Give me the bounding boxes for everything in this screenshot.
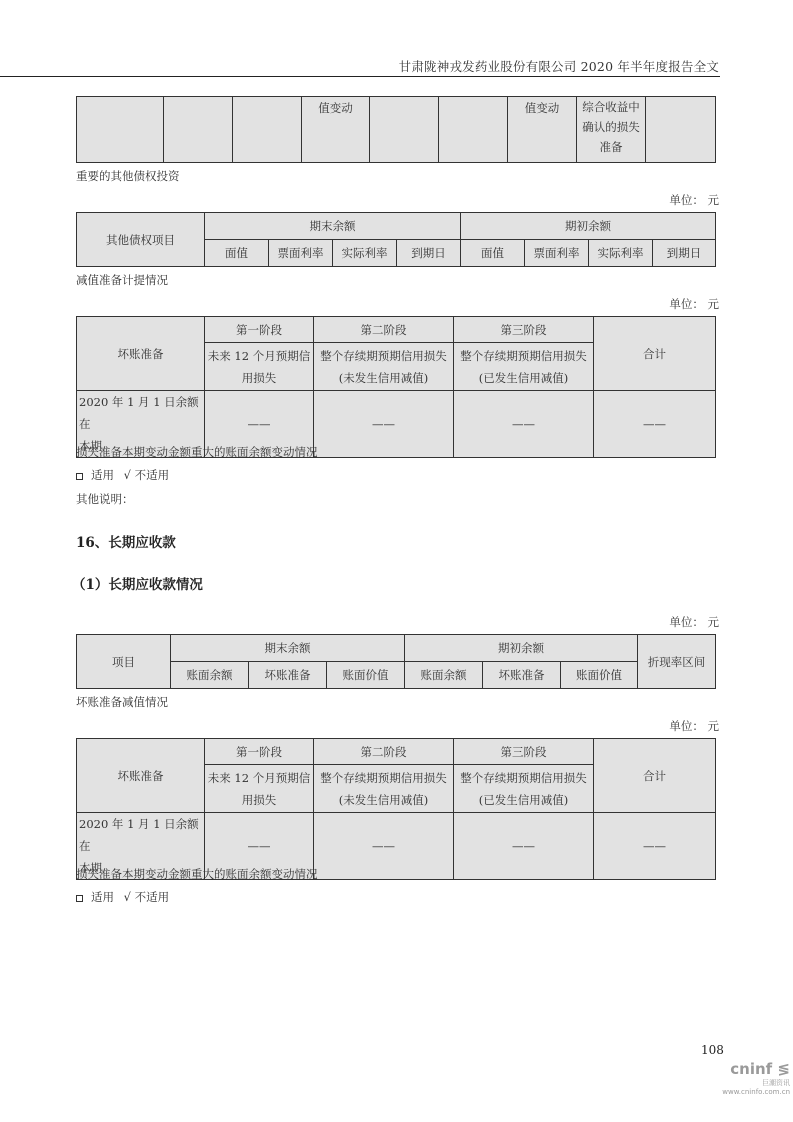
- row-header: 坏账准备: [77, 317, 205, 391]
- desc-line: 整个存续期预期信用损失: [316, 767, 451, 789]
- desc-line: (未发生信用减值): [316, 789, 451, 811]
- subcol-header: 账面余额: [171, 662, 249, 689]
- subcol-header: 到期日: [653, 240, 716, 267]
- value-cell: ——: [314, 391, 454, 458]
- note-text: 损失准备本期变动金额重大的账面余额变动情况: [76, 444, 318, 460]
- stage-header: 第二阶段: [314, 739, 454, 765]
- section-title: 减值准备计提情况: [76, 272, 168, 288]
- desc-line: 整个存续期预期信用损失: [316, 345, 451, 367]
- cell-value-change: 值变动: [302, 97, 370, 163]
- not-applicable-label: 不适用: [135, 890, 170, 904]
- logo-swirl-icon: ≶: [777, 1060, 790, 1078]
- cninfo-logo: cninf ≶ 巨潮资讯 www.cninfo.com.cn: [720, 1060, 790, 1110]
- unit-label: 单位： 元: [669, 296, 719, 312]
- group-header: 期末余额: [205, 213, 461, 240]
- header-rule: [0, 76, 720, 77]
- cell: [439, 97, 508, 163]
- note-text: 损失准备本期变动金额重大的账面余额变动情况: [76, 866, 318, 882]
- row-header: 其他债权项目: [77, 213, 205, 267]
- stage-desc: 整个存续期预期信用损失 (未发生信用减值): [314, 765, 454, 813]
- document-header-title: 甘肃陇神戎发药业股份有限公司 2020 年半年度报告全文: [399, 57, 719, 75]
- unit-label: 单位： 元: [669, 718, 719, 734]
- stage-desc: 整个存续期预期信用损失 (未发生信用减值): [314, 343, 454, 391]
- cell-line: 准备: [579, 137, 643, 157]
- stage-desc: 未来 12 个月预期信 用损失: [205, 343, 314, 391]
- stage-desc: 未来 12 个月预期信 用损失: [205, 765, 314, 813]
- cell-line: 确认的损失: [579, 117, 643, 137]
- long-term-receivables-table: 项目 期末余额 期初余额 折现率区间 账面余额 坏账准备 账面价值 账面余额 坏…: [76, 634, 716, 689]
- logo-subtitle: 巨潮资讯: [720, 1078, 790, 1088]
- section-title: 重要的其他债权投资: [76, 168, 180, 184]
- unit-label: 单位： 元: [669, 192, 719, 208]
- check-icon: √: [124, 468, 131, 482]
- checkbox-icon: [76, 895, 83, 902]
- cell-value-change: 值变动: [508, 97, 577, 163]
- subcol-header: 票面利率: [525, 240, 589, 267]
- desc-line: 未来 12 个月预期信: [207, 767, 311, 789]
- value-cell: ——: [454, 391, 594, 458]
- label-line: 2020 年 1 月 1 日余额在: [79, 391, 202, 435]
- stage-desc: 整个存续期预期信用损失 (已发生信用减值): [454, 765, 594, 813]
- section-title: 坏账准备减值情况: [76, 694, 168, 710]
- stage-header: 第一阶段: [205, 317, 314, 343]
- applicable-label: 适用: [91, 890, 114, 904]
- desc-line: 用损失: [207, 789, 311, 811]
- not-applicable-label: 不适用: [135, 468, 170, 482]
- total-header: 合计: [594, 317, 716, 391]
- group-header: 期初余额: [405, 635, 638, 662]
- applicability-line: 适用 √ 不适用: [76, 467, 169, 483]
- desc-line: 整个存续期预期信用损失: [456, 345, 591, 367]
- total-header: 合计: [594, 739, 716, 813]
- impairment-table-1: 坏账准备 第一阶段 第二阶段 第三阶段 合计 未来 12 个月预期信 用损失 整…: [76, 316, 716, 458]
- other-debt-table: 其他债权项目 期末余额 期初余额 面值 票面利率 实际利率 到期日 面值 票面利…: [76, 212, 716, 267]
- logo-url: www.cninfo.com.cn: [720, 1088, 790, 1096]
- desc-line: (已发生信用减值): [456, 367, 591, 389]
- unit-label: 单位： 元: [669, 614, 719, 630]
- cell: [77, 97, 164, 163]
- cell-line: 综合收益中: [579, 97, 643, 117]
- cell: [164, 97, 233, 163]
- page-number: 108: [701, 1043, 724, 1057]
- row-header: 项目: [77, 635, 171, 689]
- applicability-line: 适用 √ 不适用: [76, 889, 169, 905]
- label-line: 2020 年 1 月 1 日余额在: [79, 813, 202, 857]
- group-header: 期末余额: [171, 635, 405, 662]
- discount-rate-header: 折现率区间: [638, 635, 716, 689]
- subcol-header: 账面价值: [561, 662, 638, 689]
- section-heading: 16、长期应收款: [76, 531, 176, 551]
- value-cell: ——: [594, 813, 716, 880]
- subcol-header: 实际利率: [333, 240, 397, 267]
- desc-line: 用损失: [207, 367, 311, 389]
- subcol-header: 面值: [205, 240, 269, 267]
- value-cell: ——: [594, 391, 716, 458]
- subsection-heading: （1）长期应收款情况: [72, 573, 203, 593]
- stage-desc: 整个存续期预期信用损失 (已发生信用减值): [454, 343, 594, 391]
- value-cell: ——: [454, 813, 594, 880]
- group-header: 期初余额: [461, 213, 716, 240]
- subcol-header: 实际利率: [589, 240, 653, 267]
- top-partial-table: 值变动 值变动 综合收益中 确认的损失 准备: [76, 96, 716, 163]
- subcol-header: 票面利率: [269, 240, 333, 267]
- stage-header: 第一阶段: [205, 739, 314, 765]
- subcol-header: 坏账准备: [249, 662, 327, 689]
- cell-loss-provision: 综合收益中 确认的损失 准备: [577, 97, 646, 163]
- subcol-header: 面值: [461, 240, 525, 267]
- row-header: 坏账准备: [77, 739, 205, 813]
- applicable-label: 适用: [91, 468, 114, 482]
- stage-header: 第三阶段: [454, 317, 594, 343]
- desc-line: 整个存续期预期信用损失: [456, 767, 591, 789]
- checkbox-icon: [76, 473, 83, 480]
- check-icon: √: [124, 890, 131, 904]
- desc-line: (未发生信用减值): [316, 367, 451, 389]
- subcol-header: 账面余额: [405, 662, 483, 689]
- stage-header: 第三阶段: [454, 739, 594, 765]
- subcol-header: 到期日: [397, 240, 461, 267]
- cell: [646, 97, 716, 163]
- stage-header: 第二阶段: [314, 317, 454, 343]
- other-notes-label: 其他说明：: [76, 491, 134, 507]
- impairment-table-2: 坏账准备 第一阶段 第二阶段 第三阶段 合计 未来 12 个月预期信 用损失 整…: [76, 738, 716, 880]
- cell: [233, 97, 302, 163]
- subcol-header: 账面价值: [327, 662, 405, 689]
- desc-line: (已发生信用减值): [456, 789, 591, 811]
- value-cell: ——: [314, 813, 454, 880]
- subcol-header: 坏账准备: [483, 662, 561, 689]
- desc-line: 未来 12 个月预期信: [207, 345, 311, 367]
- cell: [370, 97, 439, 163]
- logo-brand: cninf ≶: [720, 1060, 790, 1078]
